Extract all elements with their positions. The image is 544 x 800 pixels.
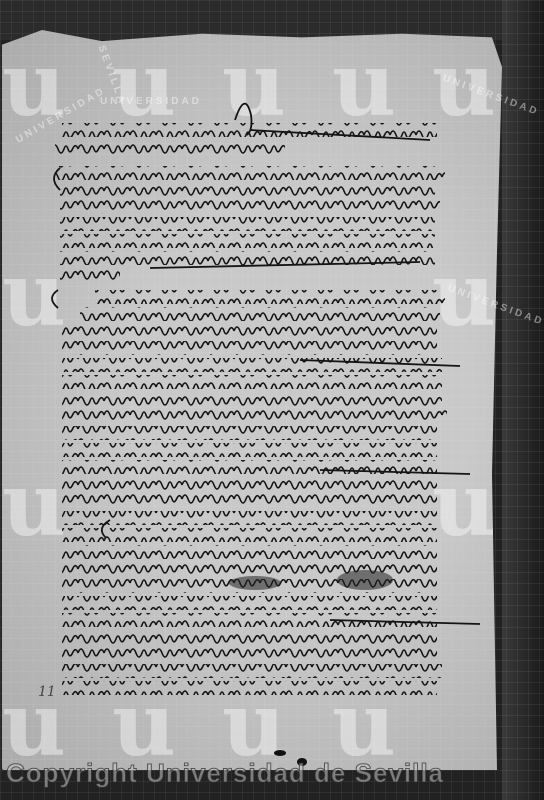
folio-number: 11 (38, 684, 56, 700)
copyright-watermark: Copyright Universidad de Sevilla (6, 758, 544, 789)
handwriting-layer (0, 0, 544, 800)
